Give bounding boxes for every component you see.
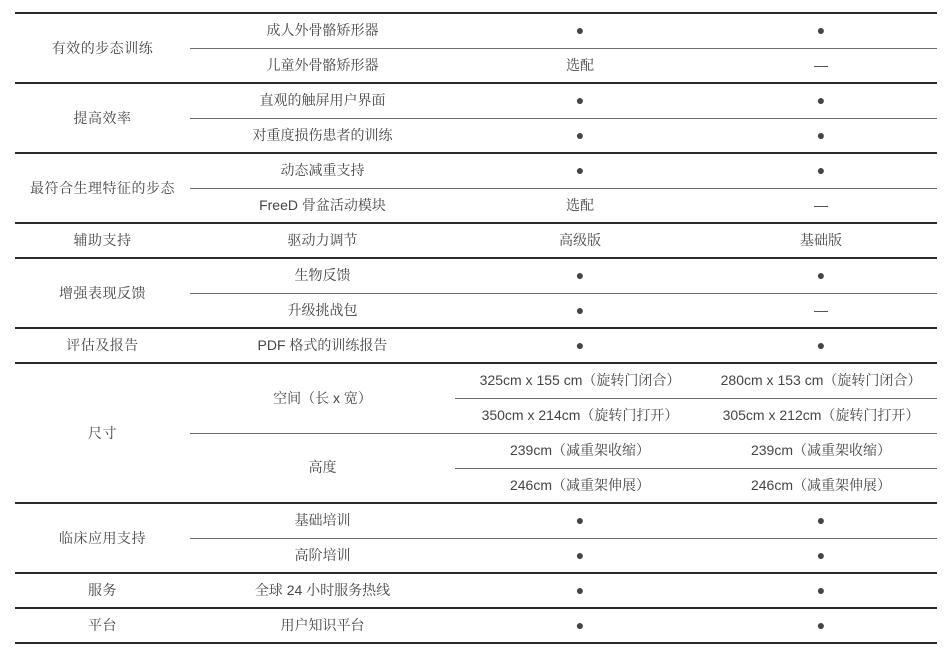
feature-cell: 基础培训 [190, 503, 455, 538]
table-row: 临床应用支持 基础培训 ● ● [15, 503, 937, 538]
category-cell: 增强表现反馈 [15, 258, 190, 328]
feature-cell: 动态减重支持 [190, 153, 455, 188]
category-cell: 最符合生理特征的步态 [15, 153, 190, 223]
comparison-table-page: 有效的步态训练 成人外骨骼矫形器 ● ● 儿童外骨骼矫形器 选配 — 提高效率 … [0, 0, 950, 659]
included-dot-icon: ● [455, 503, 705, 538]
included-dot-icon: ● [455, 83, 705, 118]
feature-cell: 生物反馈 [190, 258, 455, 293]
included-dot-icon: ● [455, 328, 705, 363]
included-dot-icon: ● [705, 118, 937, 153]
table-row: 服务 全球 24 小时服务热线 ● ● [15, 573, 937, 608]
category-cell: 辅助支持 [15, 223, 190, 258]
value-cell: 高级版 [455, 223, 705, 258]
included-dot-icon: ● [705, 608, 937, 643]
feature-cell: 空间（长 x 宽） [190, 363, 455, 433]
feature-cell: FreeD 骨盆活动模块 [190, 188, 455, 223]
value-cell: 325cm x 155 cm（旋转门闭合） [455, 363, 705, 398]
category-cell: 有效的步态训练 [15, 13, 190, 83]
table-row: 辅助支持 驱动力调节 高级版 基础版 [15, 223, 937, 258]
table-row: 有效的步态训练 成人外骨骼矫形器 ● ● [15, 13, 937, 48]
value-cell: 350cm x 214cm（旋转门打开） [455, 398, 705, 433]
feature-cell: 驱动力调节 [190, 223, 455, 258]
category-cell: 平台 [15, 608, 190, 643]
table-row: 平台 用户知识平台 ● ● [15, 608, 937, 643]
table-row: 提高效率 直观的触屏用户界面 ● ● [15, 83, 937, 118]
feature-cell: 高阶培训 [190, 538, 455, 573]
category-cell: 服务 [15, 573, 190, 608]
included-dot-icon: ● [705, 328, 937, 363]
included-dot-icon: ● [455, 538, 705, 573]
feature-cell: 直观的触屏用户界面 [190, 83, 455, 118]
value-cell: 246cm（减重架伸展） [705, 468, 937, 503]
included-dot-icon: ● [455, 258, 705, 293]
included-dot-icon: ● [705, 573, 937, 608]
included-dot-icon: ● [705, 13, 937, 48]
value-cell: 305cm x 212cm（旋转门打开） [705, 398, 937, 433]
feature-cell: 对重度损伤患者的训练 [190, 118, 455, 153]
feature-cell: 成人外骨骼矫形器 [190, 13, 455, 48]
included-dot-icon: ● [455, 153, 705, 188]
value-cell: 基础版 [705, 223, 937, 258]
value-cell: — [705, 293, 937, 328]
value-cell: — [705, 48, 937, 83]
included-dot-icon: ● [455, 293, 705, 328]
feature-cell: 儿童外骨骼矫形器 [190, 48, 455, 83]
category-cell: 提高效率 [15, 83, 190, 153]
category-cell: 临床应用支持 [15, 503, 190, 573]
included-dot-icon: ● [705, 258, 937, 293]
included-dot-icon: ● [705, 83, 937, 118]
feature-cell: 用户知识平台 [190, 608, 455, 643]
included-dot-icon: ● [455, 573, 705, 608]
included-dot-icon: ● [705, 538, 937, 573]
value-cell: 选配 [455, 48, 705, 83]
included-dot-icon: ● [705, 503, 937, 538]
table-row: 评估及报告 PDF 格式的训练报告 ● ● [15, 328, 937, 363]
value-cell: 280cm x 153 cm（旋转门闭合） [705, 363, 937, 398]
value-cell: — [705, 188, 937, 223]
table-row: 最符合生理特征的步态 动态减重支持 ● ● [15, 153, 937, 188]
table-row: 增强表现反馈 生物反馈 ● ● [15, 258, 937, 293]
value-cell: 选配 [455, 188, 705, 223]
table-row: 尺寸 空间（长 x 宽） 325cm x 155 cm（旋转门闭合） 280cm… [15, 363, 937, 398]
value-cell: 239cm（减重架收缩） [455, 433, 705, 468]
feature-cell: 升级挑战包 [190, 293, 455, 328]
feature-cell: 高度 [190, 433, 455, 503]
feature-cell: PDF 格式的训练报告 [190, 328, 455, 363]
included-dot-icon: ● [705, 153, 937, 188]
included-dot-icon: ● [455, 118, 705, 153]
feature-cell: 全球 24 小时服务热线 [190, 573, 455, 608]
value-cell: 246cm（减重架伸展） [455, 468, 705, 503]
value-cell: 239cm（减重架收缩） [705, 433, 937, 468]
product-comparison-table: 有效的步态训练 成人外骨骼矫形器 ● ● 儿童外骨骼矫形器 选配 — 提高效率 … [15, 12, 937, 644]
category-cell: 评估及报告 [15, 328, 190, 363]
category-cell: 尺寸 [15, 363, 190, 503]
included-dot-icon: ● [455, 608, 705, 643]
included-dot-icon: ● [455, 13, 705, 48]
